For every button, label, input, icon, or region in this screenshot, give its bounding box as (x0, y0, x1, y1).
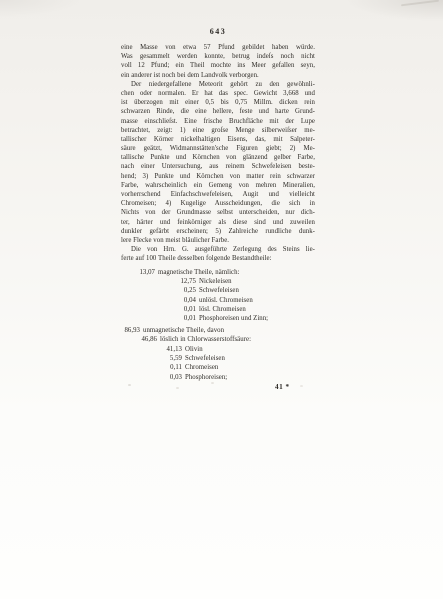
paragraph-continuation: eine Masse von etwa 57 Pfund gebildet ha… (121, 43, 315, 80)
analysis-row: 13,07 magnetische Theile, nämlich: (121, 268, 315, 277)
analysis-value: 41,13 (121, 345, 182, 354)
sheet-signature-mark: 41 * (121, 383, 315, 392)
analysis-row: 0,01 lösl. Chromeisen (121, 305, 315, 314)
text-line: tallische Punkte und Körnchen von glänze… (121, 153, 315, 162)
analysis-label: Nickeleisen (199, 277, 232, 286)
analysis-row: 0,25 Schwefeleisen (121, 286, 315, 295)
analysis-row: 86,93 unmagnetische Theile, davon (121, 326, 315, 335)
text-line: eine Masse von etwa 57 Pfund gebildet ha… (121, 43, 315, 52)
text-line: ist überzogen mit einer 0,5 bis 0,75 Mil… (121, 98, 315, 107)
text-line: betrachtet, zeigt: 1) eine groſse Menge … (121, 126, 315, 135)
analysis-value: 5,59 (121, 354, 182, 363)
page-number: 643 (121, 27, 315, 37)
analysis-label: Chromeisen (185, 363, 218, 372)
text-line: chen oder normalen. Er hat das spec. Gew… (121, 89, 315, 98)
analysis-value: 0,11 (121, 363, 182, 372)
text-line: lere Flecke von meist bläulicher Farbe. (121, 236, 315, 245)
analysis-label: löslich in Chlorwasserstoffsäure: (160, 335, 251, 344)
text-line: Die von Hrn. G. ausgeführte Zerlegung de… (121, 245, 315, 254)
analysis-value: 0,01 (121, 305, 196, 314)
text-line: schwarzen Rinde, die eine hellere, feste… (121, 107, 315, 116)
analysis-value: 0,03 (121, 373, 182, 382)
analysis-label: unmagnetische Theile, davon (143, 326, 224, 335)
text-line: nach einer Untersuchung, aus reinem Schw… (121, 162, 315, 171)
paragraph-meteorite-description: Der niedergefallene Meteorit gehört zu d… (121, 80, 315, 245)
text-line: masse einschlieſst. Eine frische Bruchfl… (121, 117, 315, 126)
paragraph-analysis-intro: Die von Hrn. G. ausgeführte Zerlegung de… (121, 245, 315, 263)
analysis-label: Schwefeleisen (185, 354, 225, 363)
analysis-label: Schwefeleisen (199, 286, 239, 295)
analysis-row: 0,11 Chromeisen (121, 363, 315, 372)
text-line: ein anderer ist noch bei dem Landvolk ve… (121, 71, 315, 80)
text-line: ferte auf 100 Theile desselben folgende … (121, 254, 315, 263)
text-line: Farbe, wahrscheinlich ein Gemeng von meh… (121, 181, 315, 190)
analysis-label: magnetische Theile, nämlich: (158, 268, 240, 277)
analysis-label: Phosphoreisen; (185, 373, 227, 382)
analysis-value: 0,25 (121, 286, 196, 295)
text-line: Nichts von der Grundmasse selbst untersc… (121, 208, 315, 217)
analysis-value: 13,07 (121, 268, 155, 277)
analysis-row: 12,75 Nickeleisen (121, 277, 315, 286)
text-line: vorherrschend Einfachschwefeleisen, Augi… (121, 190, 315, 199)
analysis-row: 0,03 Phosphoreisen; (121, 373, 315, 382)
text-line: ter, härter und feinkörniger als diese s… (121, 218, 315, 227)
analysis-value: 0,04 (121, 296, 196, 305)
text-line: tallischer Körner nickelhaltigen Eisens,… (121, 135, 315, 144)
analysis-label: unlösl. Chromeisen (199, 296, 253, 305)
analysis-label: lösl. Chromeisen (199, 305, 246, 314)
analysis-label: Olivin (185, 345, 203, 354)
analysis-value: 46,86 (121, 335, 157, 344)
text-line: dunkler gefärbt erscheinen; 5) Zahlreich… (121, 227, 315, 236)
analysis-row: 0,01 Phosphoreisen und Zinn; (121, 314, 315, 323)
text-line: Der niedergefallene Meteorit gehört zu d… (121, 80, 315, 89)
text-line: hend; 3) Punkte und Körnchen von matter … (121, 172, 315, 181)
text-line: voll 12 Pfund; ein Theil mochte ins Meer… (121, 61, 315, 70)
analysis-row: 5,59 Schwefeleisen (121, 354, 315, 363)
analysis-value: 86,93 (121, 326, 140, 335)
analysis-value: 0,01 (121, 314, 196, 323)
analysis-row: 41,13 Olivin (121, 345, 315, 354)
text-line: säure geätzt, Widmannstätten'sche Figure… (121, 144, 315, 153)
text-line: Chromeisen; 4) Kugelige Ausscheidungen, … (121, 199, 315, 208)
text-line: Was gesammelt werden konnte, betrug inde… (121, 52, 315, 61)
scanned-journal-page: { "colors": { "ink": "#2d2a26", "paper_t… (0, 0, 443, 599)
analysis-row: 46,86 löslich in Chlorwasserstoffsäure: (121, 335, 315, 344)
text-block: 643 eine Masse von etwa 57 Pfund gebilde… (121, 27, 315, 392)
analysis-value: 12,75 (121, 277, 196, 286)
analysis-label: Phosphoreisen und Zinn; (199, 314, 268, 323)
analysis-row: 0,04 unlösl. Chromeisen (121, 296, 315, 305)
composition-table: 13,07 magnetische Theile, nämlich: 12,75… (121, 268, 315, 383)
